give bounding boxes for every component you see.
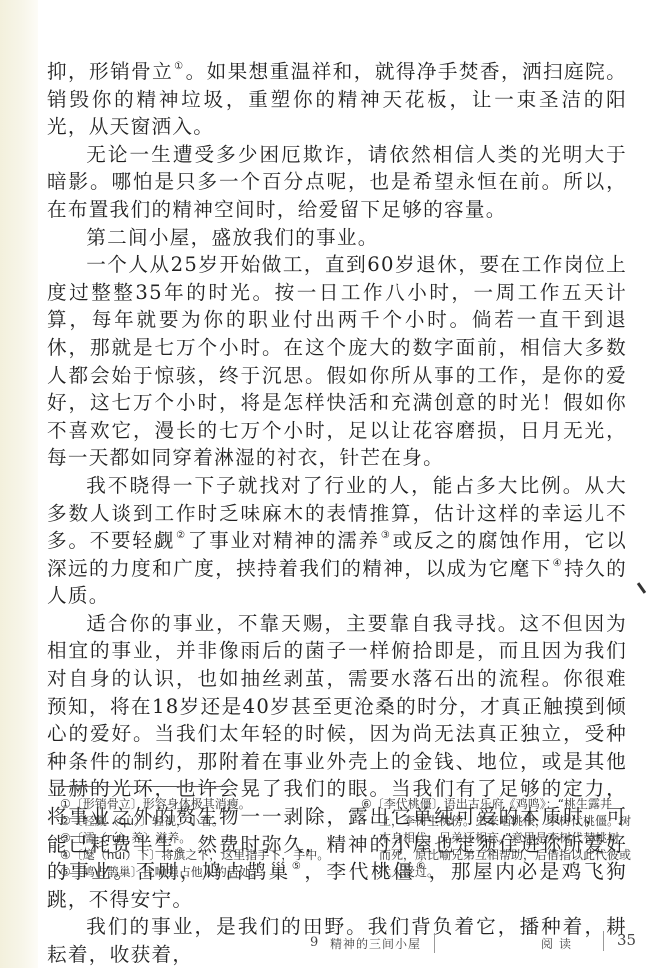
pen-mark <box>637 582 646 594</box>
footer-divider <box>434 933 435 953</box>
footnote-3: ③〔濡（rú）养〕滋养。 <box>60 830 340 847</box>
footnotes-right: ⑥〔李代桃僵〕语出古乐府《鸡鸣》：“桃生露井上，李树生桃傍。虫来啮桃根，李树代桃… <box>361 796 631 881</box>
paragraph: 抑，形销骨立①。如果想重温祥和，就得净手焚香，洒扫庭院。销毁你的精神垃圾，重塑你… <box>47 58 627 141</box>
footnote-5: ⑤〔鸠占鹊巢〕比喻强占他人的居处。 <box>60 864 340 881</box>
paragraph: 无论一生遭受多少困厄欺诈，请依然相信人类的光明大于暗影。哪怕是只多一个百分点呢，… <box>47 141 627 224</box>
page-gutter-shadow <box>0 0 38 968</box>
footnote-4: ④〔麾（huī）下〕将旗之下，这里指手下，手中。 <box>60 847 340 864</box>
section-label: 阅读 <box>541 935 577 952</box>
footnote-marker: ① <box>174 61 184 72</box>
footnote-1: ①〔形销骨立〕形容身体极其消瘦。 <box>60 796 340 813</box>
footnote-marker: ③ <box>381 530 392 541</box>
page-number: 35 <box>617 931 636 949</box>
chapter-title: 精神的三间小屋 <box>330 935 421 952</box>
footer-divider <box>603 931 604 951</box>
footnote-separator <box>58 786 228 787</box>
footnote-2: ②〔轻觑（qù）〕轻视，小看。 <box>60 813 340 830</box>
chapter-number: 9 <box>310 935 318 950</box>
paragraph: 第二间小屋，盛放我们的事业。 <box>47 224 627 252</box>
paragraph: 一个人从25岁开始做工，直到60岁退休，要在工作岗位上度过整整35年的时光。按一… <box>47 251 627 472</box>
paragraph: 我不晓得一下子就找对了行业的人，能占多大比例。从大多数人谈到工作时乏味麻木的表情… <box>47 472 627 610</box>
footnote-marker: ② <box>176 530 187 541</box>
footnote-marker: ④ <box>553 558 563 569</box>
page-footer: 9 精神的三间小屋 阅读 35 <box>0 935 668 959</box>
footnotes-left: ①〔形销骨立〕形容身体极其消瘦。 ②〔轻觑（qù）〕轻视，小看。 ③〔濡（rú）… <box>60 796 340 881</box>
footnote-6: ⑥〔李代桃僵〕语出古乐府《鸡鸣》：“桃生露井上，李树生桃傍。虫来啮桃根，李树代桃… <box>361 796 631 881</box>
